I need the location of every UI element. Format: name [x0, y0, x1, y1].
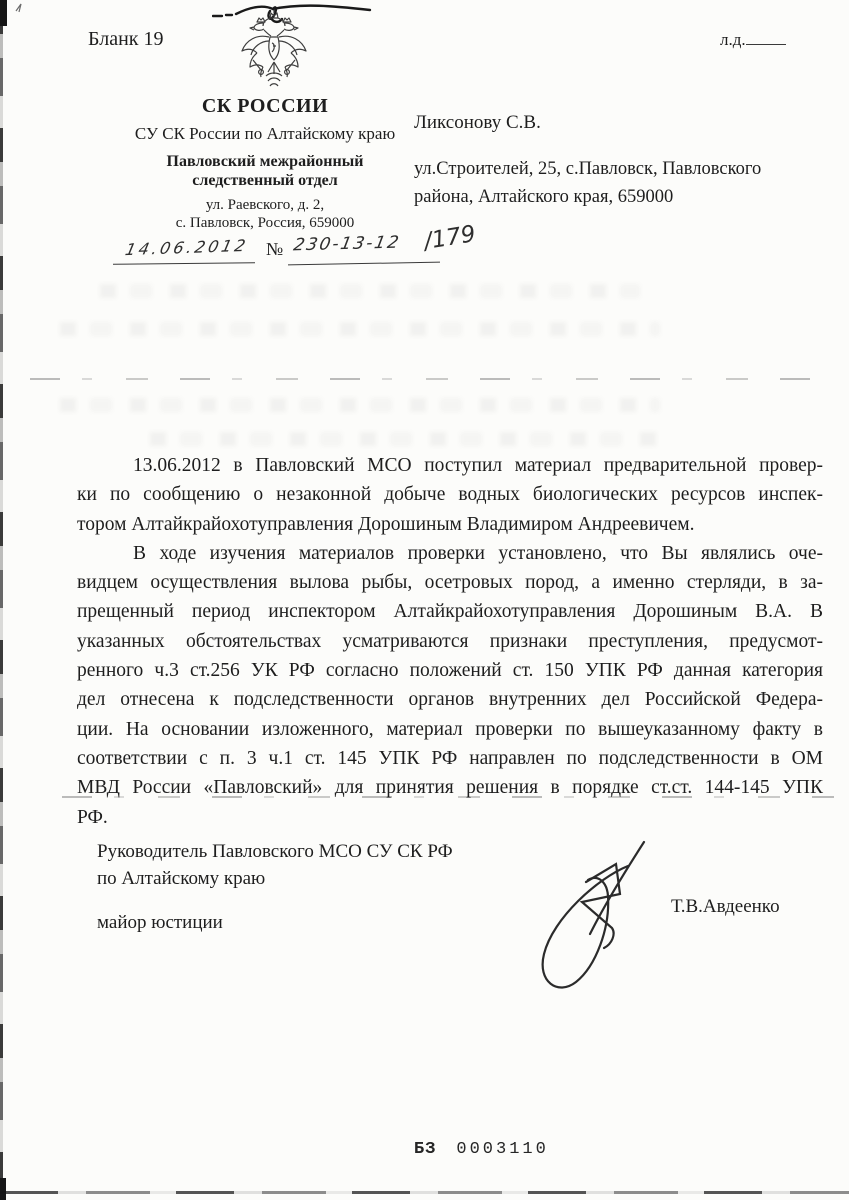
org-address-line1: ул. Раевского, д. 2,: [85, 197, 445, 215]
paragraph-1: 13.06.2012 в Павловский МСО поступил мат…: [77, 451, 823, 539]
handwritten-outgoing-number: 230-13-12: [292, 233, 402, 256]
text-line: дел отнесена к подследственности органов…: [77, 685, 823, 714]
scan-edge-corner-bottom: [0, 1178, 6, 1200]
text-line: соответствии с п. 3 ч.1 ст. 145 УПК РФ н…: [77, 744, 823, 773]
number-sign: №: [266, 239, 283, 260]
signer-name: Т.В.Авдеенко: [671, 896, 780, 918]
dept-name-line2: следственный отдел: [85, 172, 445, 191]
handwritten-signature-icon: [528, 836, 678, 1001]
scan-edge-bottom: [0, 1191, 849, 1194]
signer-position-line1: Руководитель Павловского МСО СУ СК РФ: [97, 838, 537, 865]
text-line: указанных обстоятельствах усматриваются …: [77, 627, 823, 656]
addressee-address: ул.Строителей, 25, с.Павловск, Павловско…: [414, 155, 834, 211]
addressee-name: Ликсонову С.В.: [414, 112, 834, 134]
text-line: ции. На основании изложенного, материал …: [77, 715, 823, 744]
letter-body: 13.06.2012 в Павловский МСО поступил мат…: [77, 451, 823, 832]
text-line: прещенный период инспектором Алтайкрайох…: [77, 597, 823, 626]
signer-position-line2: по Алтайскому краю: [97, 865, 537, 892]
signature-block: Руководитель Павловского МСО СУ СК РФ по…: [97, 838, 537, 936]
text-line: тором Алтайкрайохотуправления Дорошиным …: [77, 510, 823, 539]
date-underline: [113, 262, 255, 264]
bleed-through-artifact: [60, 322, 660, 336]
addressee-block: Ликсонову С.В. ул.Строителей, 25, с.Павл…: [414, 112, 834, 211]
blank-number-label: Бланк 19: [88, 28, 164, 51]
text-line: РФ.: [77, 803, 823, 832]
paragraph-2: В ходе изучения материалов проверки уста…: [77, 539, 823, 832]
scanned-letter-page: Бланк 19: [0, 0, 849, 1200]
faint-dashed-line: [30, 378, 822, 380]
text-line: видцем осуществления вылова рыбы, осетро…: [77, 568, 823, 597]
form-stamp: БЗ0003110: [414, 1140, 549, 1159]
form-number: 0003110: [456, 1140, 548, 1159]
pen-tick-icon: [15, 2, 25, 14]
case-sheet-field: л.д.: [720, 30, 786, 50]
case-sheet-label: л.д.: [720, 30, 746, 49]
signer-rank: майор юстиции: [97, 909, 537, 936]
scan-edge-left: [0, 0, 3, 1200]
letterhead: СК РОССИИ СУ СК России по Алтайскому кра…: [85, 95, 445, 233]
org-name: СК РОССИИ: [85, 95, 445, 119]
org-address-line2: с. Павловск, Россия, 659000: [85, 215, 445, 233]
handwritten-date: 14.06.2012: [123, 236, 250, 259]
bleed-through-artifact: [100, 284, 640, 298]
coat-of-arms-icon: [238, 10, 310, 94]
number-underline: [288, 262, 440, 266]
form-series: БЗ: [414, 1140, 436, 1159]
text-line: В ходе изучения материалов проверки уста…: [77, 539, 823, 568]
scan-edge-corner-top: [0, 0, 7, 26]
text-line: ул.Строителей, 25, с.Павловск, Павловско…: [414, 155, 834, 183]
text-line: ки по сообщению о незаконной добыче водн…: [77, 480, 823, 509]
text-line: МВД России «Павловский» для принятия реш…: [77, 773, 823, 802]
text-line: района, Алтайского края, 659000: [414, 183, 834, 211]
org-subdivision: СУ СК России по Алтайскому краю: [85, 124, 445, 144]
text-line: 13.06.2012 в Павловский МСО поступил мат…: [77, 451, 823, 480]
bleed-through-artifact: [150, 432, 670, 446]
dept-name-line1: Павловский межрайонный: [85, 153, 445, 172]
bleed-through-artifact: [60, 398, 660, 412]
case-sheet-blank-line: [746, 30, 786, 45]
text-line: ренного ч.3 ст.256 УК РФ согласно положе…: [77, 656, 823, 685]
